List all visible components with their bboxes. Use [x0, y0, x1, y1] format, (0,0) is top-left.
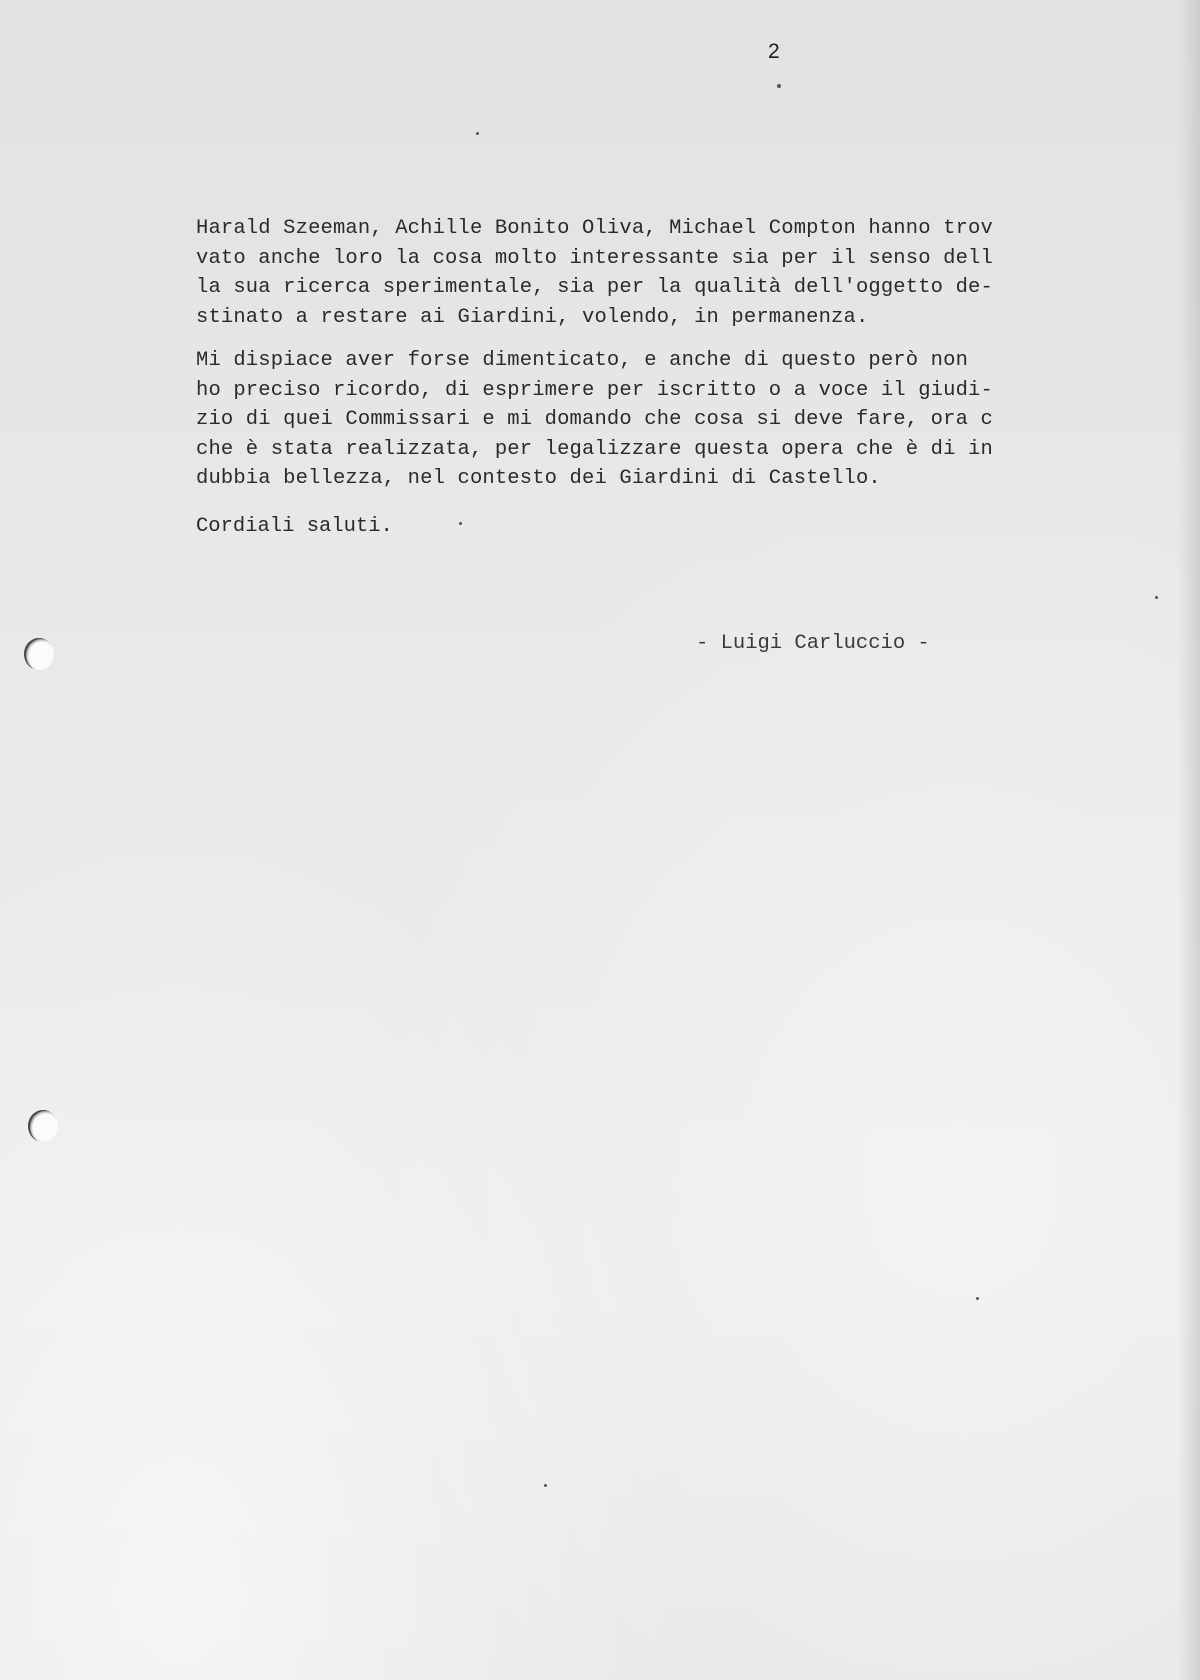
- paper-speck: [459, 522, 462, 525]
- punch-hole: [24, 638, 54, 670]
- paper-speck: [777, 84, 781, 88]
- paper-speck: [1155, 596, 1158, 599]
- paragraph-1: Harald Szeeman, Achille Bonito Oliva, Mi…: [196, 214, 996, 332]
- text-line: Mi dispiace aver forse dimenticato, e an…: [196, 346, 996, 376]
- closing-salutation: Cordiali saluti.: [196, 515, 393, 538]
- typewritten-letter-page: 2 Harald Szeeman, Achille Bonito Oliva, …: [0, 0, 1200, 1680]
- paper-edge-shadow: [1178, 0, 1200, 1680]
- letter-body: Harald Szeeman, Achille Bonito Oliva, Mi…: [196, 214, 996, 508]
- text-line: la sua ricerca sperimentale, sia per la …: [196, 273, 996, 303]
- page-number: 2: [768, 40, 780, 64]
- paper-speck: [544, 1484, 547, 1487]
- paper-speck: [476, 132, 479, 135]
- paper-speck: [976, 1297, 979, 1300]
- text-line: zio di quei Commissari e mi domando che …: [196, 405, 996, 435]
- signature: - Luigi Carluccio -: [696, 632, 930, 655]
- text-line: dubbia bellezza, nel contesto dei Giardi…: [196, 464, 996, 494]
- text-line: ho preciso ricordo, di esprimere per isc…: [196, 376, 996, 406]
- text-line: che è stata realizzata, per legalizzare …: [196, 435, 996, 465]
- paragraph-2: Mi dispiace aver forse dimenticato, e an…: [196, 346, 996, 494]
- text-line: Harald Szeeman, Achille Bonito Oliva, Mi…: [196, 214, 996, 244]
- text-line: stinato a restare ai Giardini, volendo, …: [196, 303, 996, 333]
- text-line: vato anche loro la cosa molto interessan…: [196, 244, 996, 274]
- punch-hole: [28, 1110, 58, 1142]
